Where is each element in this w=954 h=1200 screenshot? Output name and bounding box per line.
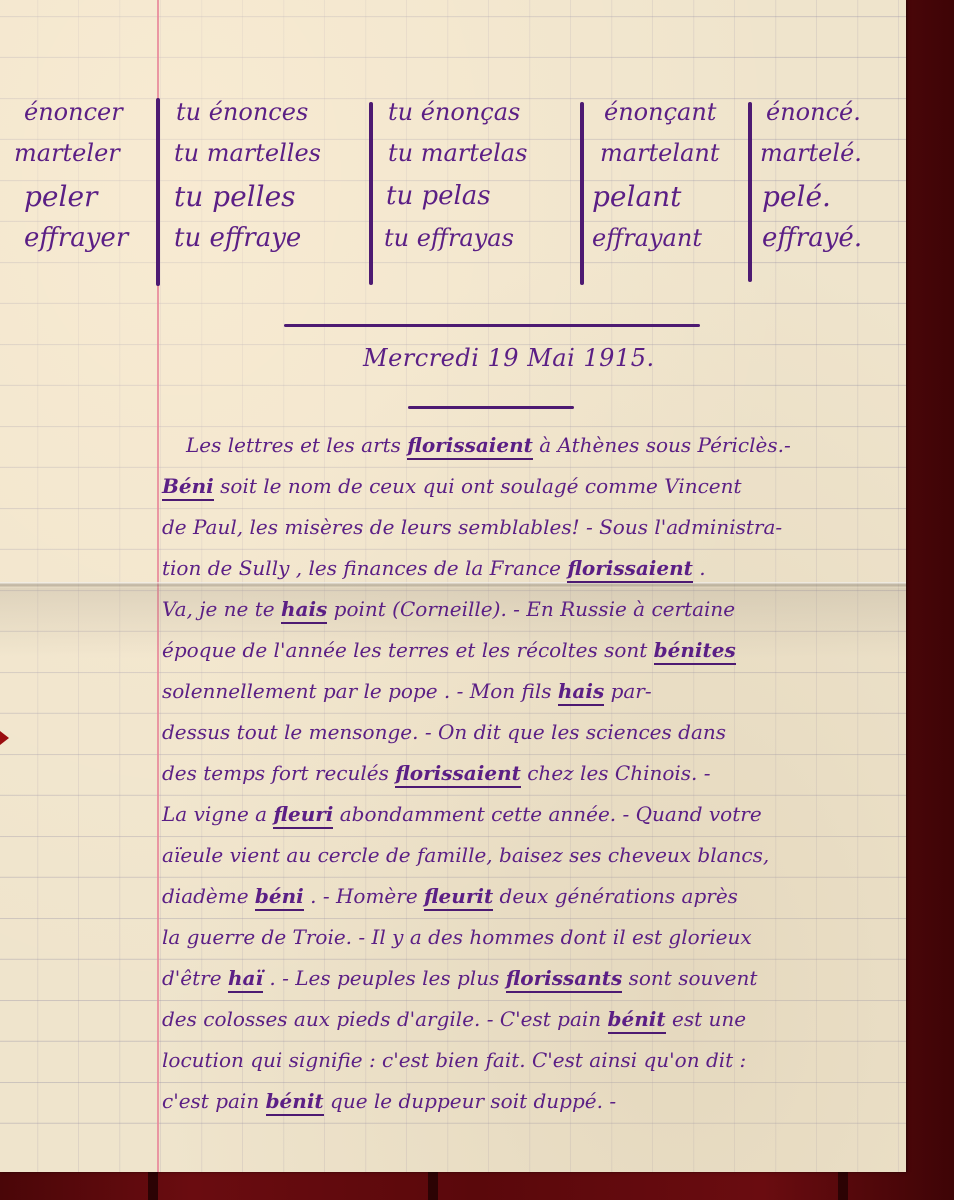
- table-cell: énonçant: [604, 92, 716, 133]
- table-cell: pelant: [592, 176, 681, 217]
- underlined-word: bénites: [654, 638, 736, 665]
- underlined-word: florissants: [506, 966, 623, 993]
- underlined-word: fleuri: [273, 802, 333, 829]
- text-segment: La vigne a: [162, 802, 273, 826]
- text-line: Les lettres et les arts florissaient à A…: [162, 425, 902, 466]
- heading-bottom-rule: [408, 406, 574, 409]
- table-column-divider: [748, 102, 752, 282]
- table-cell: tu pelas: [386, 176, 491, 217]
- text-line: des temps fort reculés florissaient chez…: [162, 753, 902, 794]
- text-segment: par-: [604, 679, 651, 703]
- table-cell: pelé.: [762, 176, 831, 217]
- text-segment: est une: [666, 1007, 746, 1031]
- text-segment: diadème: [162, 884, 255, 908]
- table-cell: tu énonces: [176, 92, 308, 133]
- text-segment: point (Corneille). - En Russie à certain…: [327, 597, 735, 621]
- text-line: c'est pain bénit que le duppeur soit dup…: [162, 1081, 902, 1122]
- underlined-word: haï: [228, 966, 263, 993]
- text-line: solennellement par le pope . - Mon fils …: [162, 671, 902, 712]
- underlined-word: florissaient: [407, 433, 533, 460]
- text-segment: abondamment cette année. - Quand votre: [333, 802, 761, 826]
- text-line: diadème béni . - Homère fleurit deux gén…: [162, 876, 902, 917]
- text-line: de Paul, les misères de leurs semblables…: [162, 507, 902, 548]
- underlined-word: bénit: [608, 1007, 666, 1034]
- table-cell: tu effrayas: [384, 218, 514, 259]
- underlined-word: hais: [558, 679, 604, 706]
- text-line: des colosses aux pieds d'argile. - C'est…: [162, 999, 902, 1040]
- table-cell: tu pelles: [174, 176, 296, 217]
- table-cell: tu martelas: [388, 133, 527, 174]
- table-cell: peler: [24, 176, 97, 217]
- text-segment: à Athènes sous Périclès.-: [533, 433, 791, 457]
- text-segment: Les lettres et les arts: [186, 433, 407, 457]
- text-segment: époque de l'année les terres et les réco…: [162, 638, 654, 662]
- table-cell: martelant: [600, 133, 719, 174]
- text-line: époque de l'année les terres et les réco…: [162, 630, 902, 671]
- text-segment: des colosses aux pieds d'argile. - C'est…: [162, 1007, 608, 1031]
- notebook-page: énoncer marteler peler effrayer tu énonc…: [0, 0, 906, 1172]
- dictation-body: Les lettres et les arts florissaient à A…: [162, 425, 902, 1122]
- underlined-word: hais: [281, 597, 327, 624]
- text-segment: .: [693, 556, 706, 580]
- text-segment: Va, je ne te: [162, 597, 281, 621]
- text-segment: solennellement par le pope . - Mon fils: [162, 679, 558, 703]
- text-segment: tion de Sully , les finances de la Franc…: [162, 556, 567, 580]
- underlined-word: Béni: [162, 474, 214, 501]
- text-segment: d'être: [162, 966, 228, 990]
- text-line: Béni soit le nom de ceux qui ont soulagé…: [162, 466, 902, 507]
- table-cell: tu effraye: [174, 218, 301, 259]
- date-heading: Mercredi 19 Mai 1915.: [363, 344, 655, 372]
- table-cell: énoncé.: [766, 92, 861, 133]
- underlined-word: florissaient: [395, 761, 521, 788]
- text-line: dessus tout le mensonge. - On dit que le…: [162, 712, 902, 753]
- text-segment: des temps fort reculés: [162, 761, 395, 785]
- text-segment: aïeule vient au cercle de famille, baise…: [162, 843, 769, 867]
- text-segment: la guerre de Troie. - Il y a des hommes …: [162, 925, 752, 949]
- text-segment: chez les Chinois. -: [521, 761, 711, 785]
- table-cell: énoncer: [24, 92, 123, 133]
- table-cell: tu martelles: [174, 133, 321, 174]
- table-column-divider: [156, 98, 160, 286]
- table-cell: effrayé.: [762, 218, 862, 259]
- text-segment: deux générations après: [493, 884, 738, 908]
- text-line: La vigne a fleuri abondamment cette anné…: [162, 794, 902, 835]
- text-line: d'être haï . - Les peuples les plus flor…: [162, 958, 902, 999]
- binder-shadow-strip: [838, 1172, 848, 1200]
- text-segment: dessus tout le mensonge. - On dit que le…: [162, 720, 726, 744]
- text-segment: . - Les peuples les plus: [263, 966, 506, 990]
- table-cell: effrayer: [24, 218, 128, 259]
- text-segment: c'est pain: [162, 1089, 266, 1113]
- text-segment: soit le nom de ceux qui ont soulagé comm…: [214, 474, 742, 498]
- table-column-divider: [369, 102, 373, 285]
- underlined-word: florissaient: [567, 556, 693, 583]
- text-line: tion de Sully , les finances de la Franc…: [162, 548, 902, 589]
- red-tab-marker: [0, 731, 9, 745]
- text-segment: locution qui signifie : c'est bien fait.…: [162, 1048, 746, 1072]
- text-line: locution qui signifie : c'est bien fait.…: [162, 1040, 902, 1081]
- table-cell: effrayant: [592, 218, 702, 259]
- heading-top-rule: [284, 324, 700, 327]
- underlined-word: bénit: [266, 1089, 324, 1116]
- underlined-word: béni: [255, 884, 304, 911]
- binder-shadow-strip: [428, 1172, 438, 1200]
- text-segment: de Paul, les misères de leurs semblables…: [162, 515, 782, 539]
- text-line: la guerre de Troie. - Il y a des hommes …: [162, 917, 902, 958]
- text-line: Va, je ne te hais point (Corneille). - E…: [162, 589, 902, 630]
- text-segment: sont souvent: [622, 966, 757, 990]
- text-segment: . - Homère: [304, 884, 424, 908]
- underlined-word: fleurit: [424, 884, 493, 911]
- text-line: aïeule vient au cercle de famille, baise…: [162, 835, 902, 876]
- table-cell: tu énonças: [388, 92, 520, 133]
- table-cell: martelé.: [760, 133, 862, 174]
- table-cell: marteler: [14, 133, 120, 174]
- text-segment: que le duppeur soit duppé. -: [324, 1089, 616, 1113]
- table-column-divider: [580, 102, 584, 285]
- binder-shadow-strip: [148, 1172, 158, 1200]
